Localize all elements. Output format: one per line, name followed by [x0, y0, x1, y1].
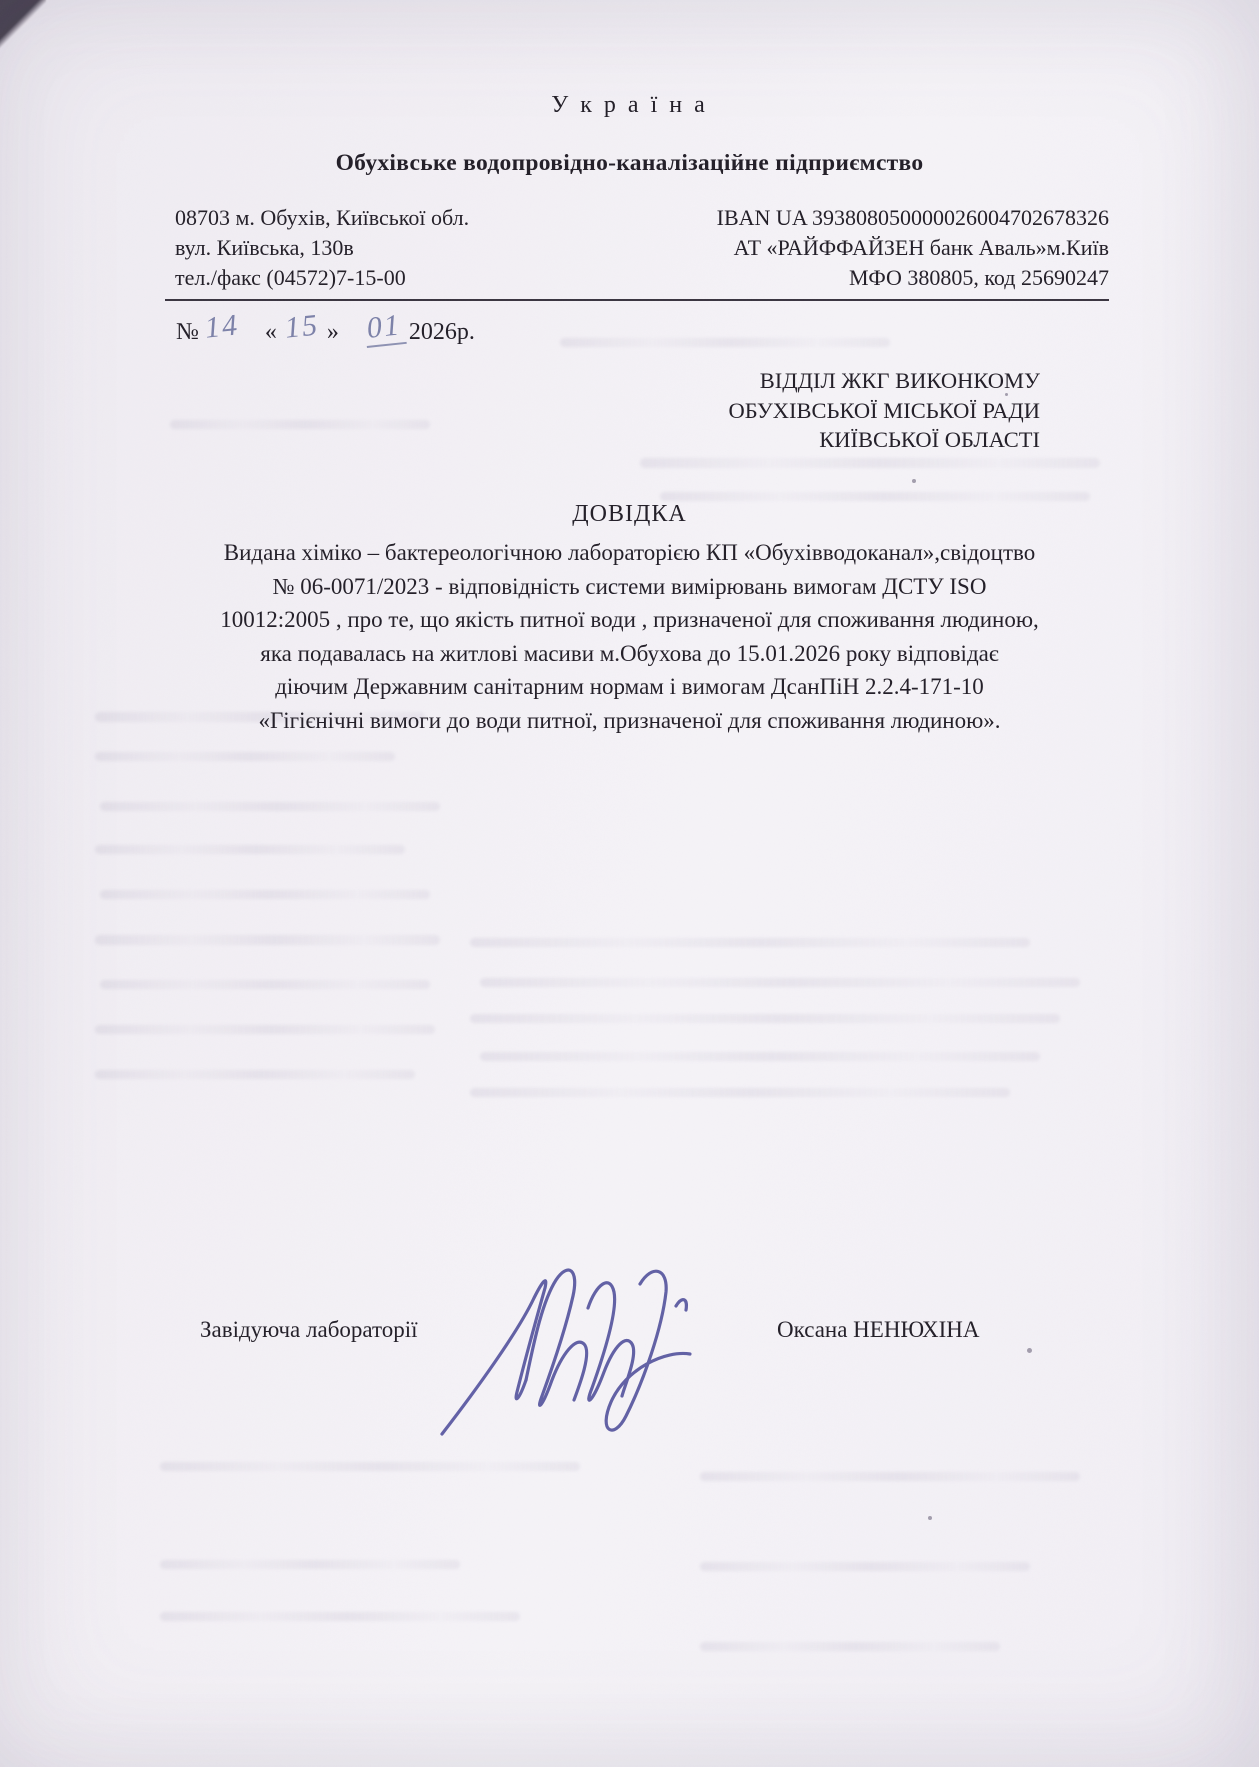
body-line: яка подавалась на житлові масиви м.Обухо… — [70, 637, 1189, 671]
handwritten-day: 15 — [283, 308, 320, 345]
bleedthrough-mark — [95, 935, 440, 945]
document-number-line: № 14 « 15 » 01 2026р. — [176, 313, 475, 349]
bleedthrough-mark — [160, 1612, 520, 1621]
bleedthrough-mark — [660, 492, 1090, 501]
addressee-line: КИЇВСЬКОЇ ОБЛАСТІ — [728, 425, 1040, 455]
bleedthrough-mark — [160, 1560, 460, 1569]
body-line: 10012:2005 , про те, що якість питної во… — [70, 603, 1189, 637]
bleedthrough-mark — [700, 1472, 1080, 1481]
body-line: Видана хіміко – бактереологічною лаборат… — [70, 536, 1189, 570]
bleedthrough-mark — [470, 938, 1030, 947]
handwritten-signature — [428, 1248, 752, 1442]
ink-speck — [928, 1516, 932, 1520]
company-name: Обухівське водопровідно-каналізаційне пі… — [0, 150, 1259, 177]
quote-open: « — [265, 319, 277, 345]
bleedthrough-mark — [95, 1070, 415, 1079]
ink-speck — [1027, 1348, 1032, 1353]
addressee-line: ВІДДІЛ ЖКГ ВИКОНКОМУ — [728, 366, 1040, 396]
addressee-block: ВІДДІЛ ЖКГ ВИКОНКОМУ ОБУХІВСЬКОЇ МІСЬКОЇ… — [728, 366, 1040, 455]
bleedthrough-mark — [700, 1562, 1030, 1571]
year-text: 2026р. — [409, 319, 475, 345]
document-title: ДОВІДКА — [0, 501, 1259, 528]
address-line: 08703 м. Обухів, Київської обл. — [175, 203, 469, 233]
scanned-document-page: У к р а ї н а Обухівське водопровідно-ка… — [0, 0, 1259, 1767]
bleedthrough-mark — [100, 890, 430, 899]
ink-speck — [912, 479, 916, 483]
country-title: У к р а ї н а — [0, 92, 1259, 119]
document-body: Видана хіміко – бактереологічною лаборат… — [70, 536, 1189, 737]
handwritten-month: 01 — [363, 308, 407, 348]
bank-details-block: IBAN UA 393808050000026004702678326 АТ «… — [717, 203, 1109, 292]
bank-name-line: АТ «РАЙФФАЙЗЕН банк Аваль»м.Київ — [717, 233, 1109, 263]
phone-fax-line: тел./факс (04572)7-15-00 — [175, 263, 469, 293]
bleedthrough-mark — [700, 1642, 1000, 1651]
handwritten-document-number: 14 — [203, 308, 240, 345]
bleedthrough-mark — [640, 458, 1100, 468]
address-line: вул. Київська, 130в — [175, 233, 469, 263]
bleedthrough-mark — [95, 845, 405, 854]
bleedthrough-mark — [95, 752, 395, 761]
body-line: діючим Державним санітарним нормам і вим… — [70, 670, 1189, 704]
bleedthrough-mark — [560, 338, 890, 347]
bleedthrough-mark — [100, 980, 430, 989]
bleedthrough-mark — [480, 978, 1080, 987]
letterhead-requisites: 08703 м. Обухів, Київської обл. вул. Киї… — [165, 203, 1109, 301]
body-line: «Гігієнічні вимоги до води питної, призн… — [70, 704, 1189, 738]
mfo-code-line: МФО 380805, код 25690247 — [717, 263, 1109, 293]
company-address-block: 08703 м. Обухів, Київської обл. вул. Киї… — [165, 203, 469, 292]
signer-position-label: Завідуюча лабораторії — [200, 1317, 418, 1343]
bleedthrough-mark — [95, 1025, 435, 1034]
body-line: № 06-0071/2023 - відповідність системи в… — [70, 570, 1189, 604]
bleedthrough-mark — [480, 1052, 1040, 1061]
bleedthrough-mark — [470, 1014, 1060, 1023]
bleedthrough-mark — [100, 802, 440, 811]
signer-name: Оксана НЕНЮХІНА — [777, 1317, 980, 1343]
iban-line: IBAN UA 393808050000026004702678326 — [717, 203, 1109, 233]
number-sign: № — [176, 319, 199, 345]
bleedthrough-mark — [170, 420, 430, 429]
bleedthrough-mark — [470, 1088, 1010, 1097]
scan-corner-artifact — [0, 0, 46, 62]
bleedthrough-mark — [160, 1462, 580, 1471]
quote-close: » — [327, 319, 339, 345]
addressee-line: ОБУХІВСЬКОЇ МІСЬКОЇ РАДИ — [728, 396, 1040, 426]
